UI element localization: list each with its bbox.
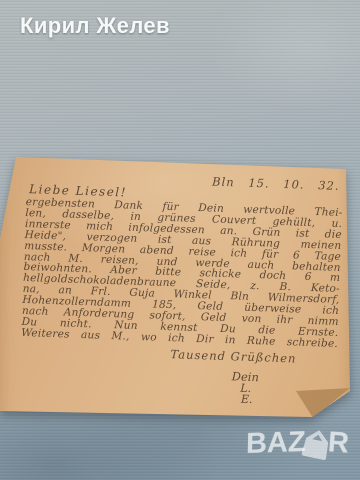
postcard-date: Bln 15. 10. 32.	[212, 174, 340, 192]
closing-greeting: Tausend Grüßchen	[170, 347, 296, 365]
watermark-text-right: R	[327, 428, 350, 458]
listing-photo: Кирил Желев Bln 15. 10. 32. Liebe Liesel…	[0, 0, 360, 480]
signature-initial: E.	[241, 393, 253, 406]
postcard-body: ergebensten Dank für Dein wertvolle Thei…	[21, 197, 343, 350]
postcard-photo: Bln 15. 10. 32. Liebe Liesel! ergebenste…	[0, 0, 360, 480]
bazar-watermark: BAZ R	[246, 428, 349, 458]
watermark-text-left: BAZ	[246, 428, 306, 459]
postcard-handwriting: Bln 15. 10. 32. Liebe Liesel! ergebenste…	[19, 166, 344, 409]
postcard-paper: Bln 15. 10. 32. Liebe Liesel! ergebenste…	[0, 0, 360, 480]
